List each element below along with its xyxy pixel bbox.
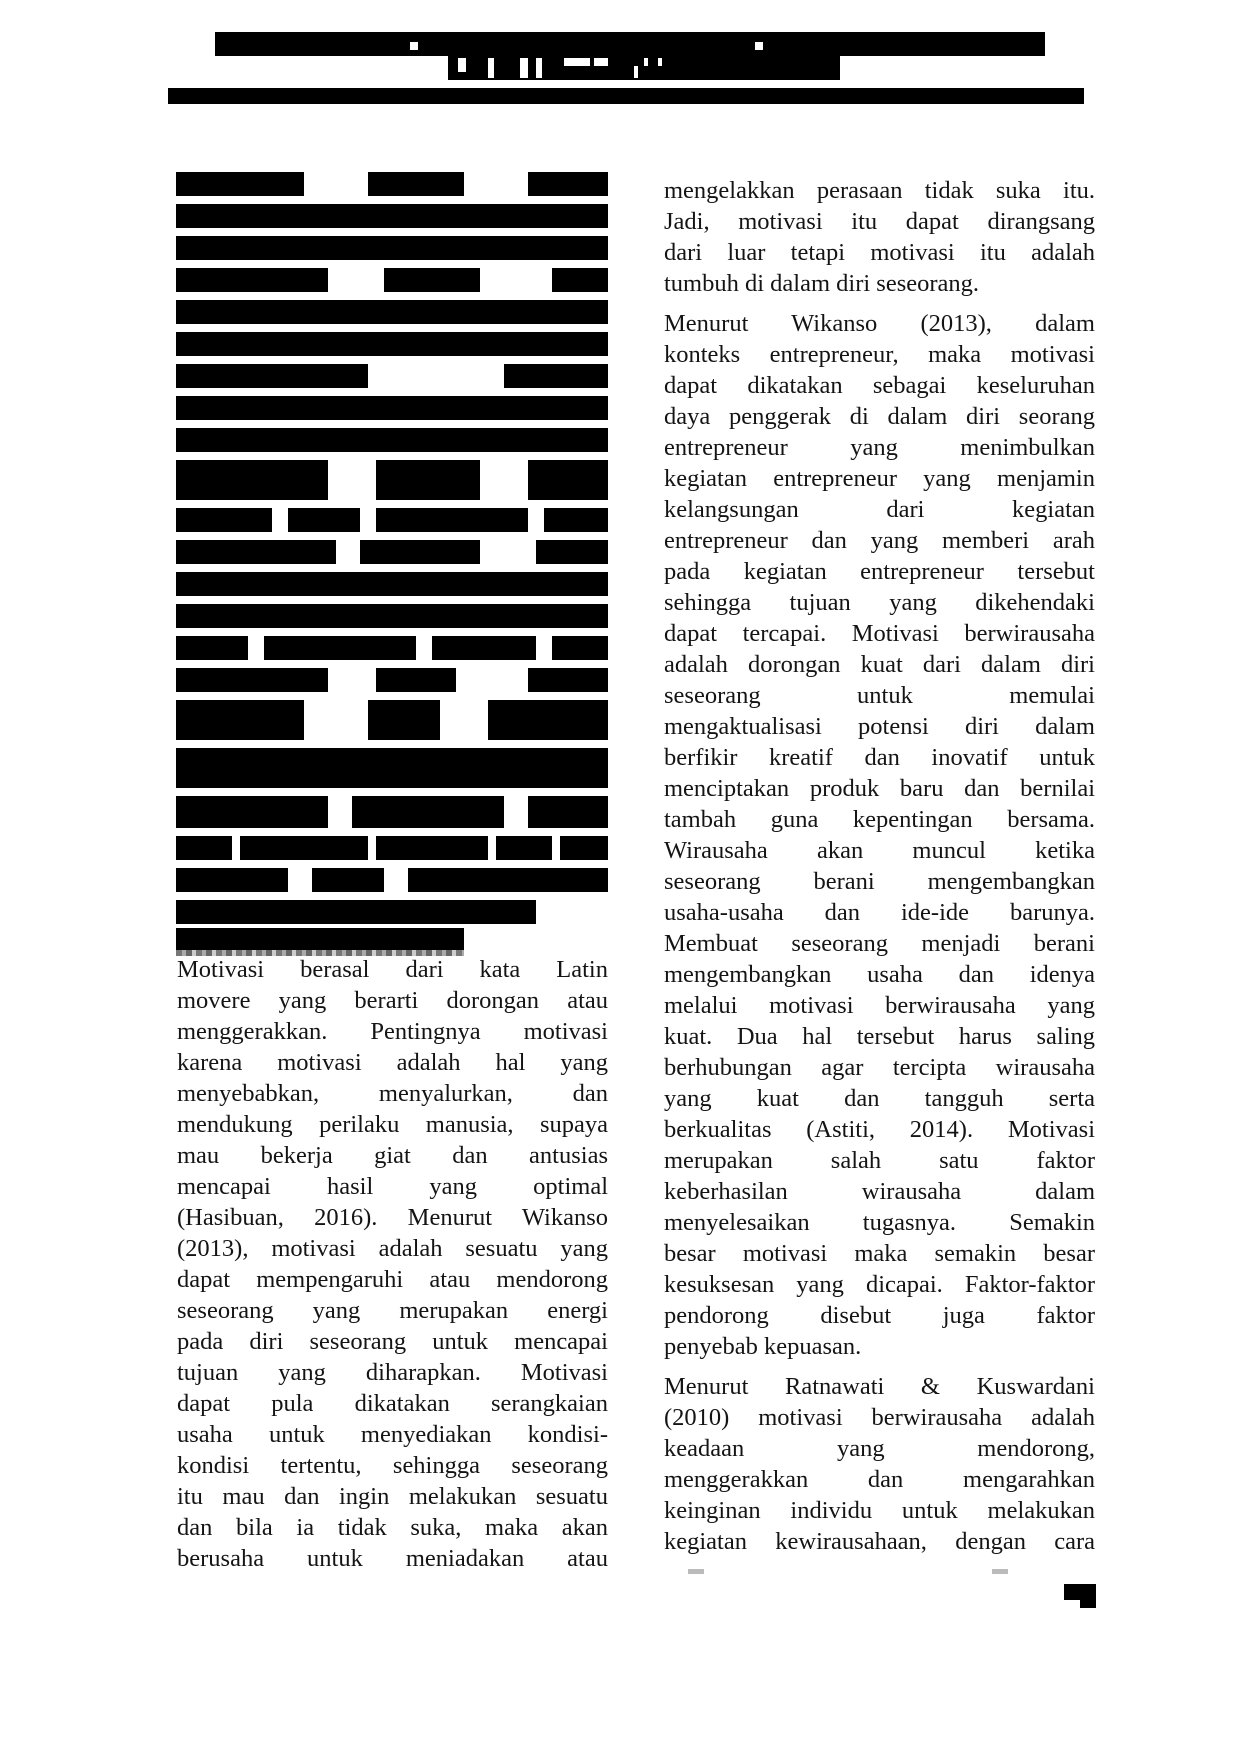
redaction-bar [368,700,440,740]
left-column-text: Motivasi berasal dari kata Latin movere … [177,954,608,1583]
redaction-bar [528,172,608,196]
redaction-bar [176,396,608,420]
redaction-bar [312,868,384,892]
redaction-bar [552,636,608,660]
redaction-artifact [594,58,608,66]
text-line: (2010) motivasi berwirausaha adalah [664,1402,1095,1433]
paragraph: Menurut Wikanso (2013), dalam konteks en… [664,308,1095,1362]
redaction-bar [352,796,504,828]
redacted-paragraph-block [176,172,608,892]
redaction-bar [176,572,608,596]
page-number-redacted [1064,1584,1096,1600]
redaction-bar [552,268,608,292]
text-line: berhubungan agar tercipta wirausaha [664,1052,1095,1083]
text-line: kuat. Dua hal tersebut harus saling [664,1021,1095,1052]
text-line: entrepreneur yang menimbulkan [664,432,1095,463]
header-rule [168,88,1084,104]
text-line: keberhasilan wirausaha dalam [664,1176,1095,1207]
redaction-bar [176,300,608,324]
redaction-bar [536,540,608,564]
redaction-bar [504,364,608,388]
redaction-bar [176,796,328,828]
redaction-bar [176,236,608,260]
redaction-bar [264,636,416,660]
text-line: melalui motivasi berwirausaha yang [664,990,1095,1021]
redaction-bar [376,460,480,500]
redaction-bar [376,836,488,860]
text-line: tambah guna kepentingan bersama. [664,804,1095,835]
text-line: Jadi, motivasi itu dapat dirangsang [664,206,1095,237]
text-line: seseorang untuk memulai [664,680,1095,711]
text-line: tujuan yang diharapkan. Motivasi [177,1357,608,1388]
text-line: keinginan individu untuk melakukan [664,1495,1095,1526]
paragraph: Menurut Ratnawati & Kuswardani (2010) mo… [664,1371,1095,1557]
text-line: adalah dorongan kuat dari dalam diri [664,649,1095,680]
text-line: mengaktualisasi potensi diri dalam [664,711,1095,742]
text-line: Menurut Ratnawati & Kuswardani [664,1371,1095,1402]
text-line: seseorang yang merupakan energi [177,1295,608,1326]
redaction-bar [408,868,608,892]
redaction-bar [176,900,536,924]
redaction-bar [376,668,456,692]
redaction-bar [176,668,328,692]
text-line: dari luar tetapi motivasi itu adalah [664,237,1095,268]
text-line: besar motivasi maka semakin besar [664,1238,1095,1269]
redaction-bar [376,508,528,532]
redaction-bar [176,508,272,532]
text-line: menggerakkan. Pentingnya motivasi [177,1016,608,1047]
redaction-bar [176,748,608,788]
text-line: movere yang berarti dorongan atau [177,985,608,1016]
text-line: berfikir kreatif dan inovatif untuk [664,742,1095,773]
text-line: mendukung perilaku manusia, supaya [177,1109,608,1140]
text-line: pada kegiatan entrepreneur tersebut [664,556,1095,587]
redaction-bar [384,268,480,292]
text-line: seseorang berani mengembangkan [664,866,1095,897]
text-line: Motivasi berasal dari kata Latin [177,954,608,985]
redaction-artifact [564,58,590,66]
text-line: penyebab kepuasan. [664,1331,1095,1362]
text-line: menciptakan produk baru dan bernilai [664,773,1095,804]
text-line: merupakan salah satu faktor [664,1145,1095,1176]
text-line: dapat mempengaruhi atau mendorong [177,1264,608,1295]
redaction-bar [360,540,480,564]
section-heading-redacted [176,928,464,950]
redaction-artifact [536,58,542,78]
redaction-bar [176,540,336,564]
redaction-bar [176,700,304,740]
redaction-bar [528,668,608,692]
text-line: Membuat seseorang menjadi berani [664,928,1095,959]
redaction-artifact [658,58,662,66]
redaction-bar [432,636,536,660]
text-line: keadaan yang mendorong, [664,1433,1095,1464]
text-line: dan bila ia tidak suka, maka akan [177,1512,608,1543]
redaction-bar [560,836,608,860]
redaction-artifact [755,42,763,50]
scan-artifact [992,1569,1008,1574]
redaction-artifact [520,58,528,78]
text-line: mengelakkan perasaan tidak suka itu. [664,175,1095,206]
redaction-artifact [634,66,638,78]
redaction-bar [176,268,328,292]
redaction-bar [528,796,608,828]
redaction-artifact [488,58,494,78]
page-number-redacted-part [1080,1600,1096,1608]
text-line: dapat pula dikatakan serangkaian [177,1388,608,1419]
redaction-artifact [410,42,418,50]
redaction-bar [544,508,608,532]
text-line: itu mau dan ingin melakukan sesuatu [177,1481,608,1512]
paragraph: mengelakkan perasaan tidak suka itu. Jad… [664,175,1095,299]
redaction-bar [240,836,368,860]
text-line: yang kuat dan tangguh serta [664,1083,1095,1114]
text-line: mencapai hasil yang optimal [177,1171,608,1202]
right-column-text: mengelakkan perasaan tidak suka itu. Jad… [664,175,1095,1566]
text-line: tumbuh di dalam diri seseorang. [664,268,1095,299]
paragraph: Motivasi berasal dari kata Latin movere … [177,954,608,1574]
redaction-bar [368,172,464,196]
text-line: Menurut Wikanso (2013), dalam [664,308,1095,339]
redaction-bar [488,700,608,740]
redaction-artifact [644,58,648,66]
redaction-bar [176,836,232,860]
redaction-bar [176,428,608,452]
text-line: berusaha untuk meniadakan atau [177,1543,608,1574]
header-subtitle-redacted [448,56,840,80]
text-line: kegiatan entrepreneur yang menjamin [664,463,1095,494]
text-line: Wirausaha akan muncul ketika [664,835,1095,866]
text-line: menggerakkan dan mengarahkan [664,1464,1095,1495]
redaction-artifact [458,58,466,72]
redaction-bar [176,172,304,196]
text-line: entrepreneur dan yang memberi arah [664,525,1095,556]
text-line: usaha-usaha dan ide-ide barunya. [664,897,1095,928]
text-line: karena motivasi adalah hal yang [177,1047,608,1078]
redaction-bar [176,868,288,892]
text-line: dapat dikatakan sebagai keseluruhan [664,370,1095,401]
text-line: usaha untuk menyediakan kondisi- [177,1419,608,1450]
text-line: pada diri seseorang untuk mencapai [177,1326,608,1357]
header-title-redacted [215,32,1045,56]
text-line: mau bekerja giat dan antusias [177,1140,608,1171]
text-line: konteks entrepreneur, maka motivasi [664,339,1095,370]
text-line: mengembangkan usaha dan idenya [664,959,1095,990]
text-line: kegiatan kewirausahaan, dengan cara [664,1526,1095,1557]
redaction-bar [288,508,360,532]
redaction-bar [176,636,248,660]
redaction-bar [176,332,608,356]
text-line: menyelesaikan tugasnya. Semakin [664,1207,1095,1238]
text-line: menyebabkan, menyalurkan, dan [177,1078,608,1109]
text-line: kesuksesan yang dicapai. Faktor-faktor [664,1269,1095,1300]
text-line: berkualitas (Astiti, 2014). Motivasi [664,1114,1095,1145]
redaction-bar [496,836,552,860]
text-line: kondisi tertentu, sehingga seseorang [177,1450,608,1481]
text-line: daya penggerak di dalam diri seorang [664,401,1095,432]
redaction-bar [176,460,328,500]
redaction-bar [528,460,608,500]
text-line: pendorong disebut juga faktor [664,1300,1095,1331]
redaction-bar [176,604,608,628]
redaction-bar [176,204,608,228]
text-line: kelangsungan dari kegiatan [664,494,1095,525]
text-line: (Hasibuan, 2016). Menurut Wikanso [177,1202,608,1233]
text-line: dapat tercapai. Motivasi berwirausaha [664,618,1095,649]
redaction-bar [176,364,368,388]
scan-artifact [688,1569,704,1574]
text-line: (2013), motivasi adalah sesuatu yang [177,1233,608,1264]
text-line: sehingga tujuan yang dikehendaki [664,587,1095,618]
